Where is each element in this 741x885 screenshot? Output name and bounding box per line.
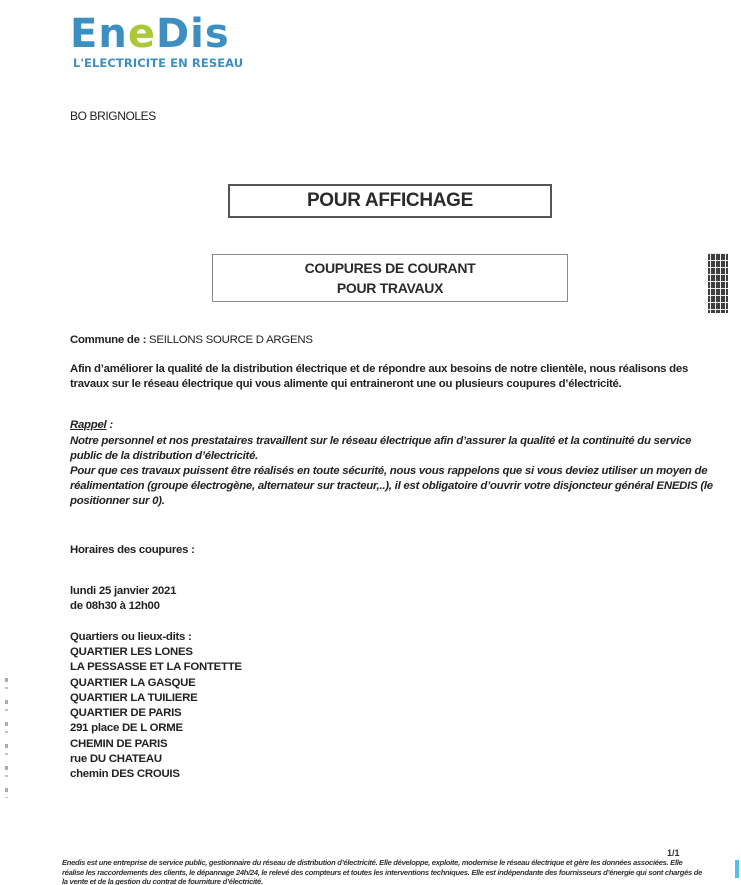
list-item: QUARTIER DE PARIS: [70, 706, 720, 721]
commune-label: Commune de :: [70, 334, 149, 346]
rappel-title: Rappel: [70, 419, 106, 431]
logo-wordmark: EneDis: [70, 14, 230, 54]
rappel-body: Notre personnel et nos prestataires trav…: [70, 434, 715, 509]
logo-part-3: Dis: [156, 11, 230, 57]
subtitle-line-2: POUR TRAVAUX: [337, 278, 443, 298]
list-item: QUARTIER LA TUILIERE: [70, 691, 720, 706]
schedule-time: de 08h30 à 12h00: [70, 599, 720, 614]
scan-edge-mark: [735, 860, 739, 878]
title-label: POUR AFFICHAGE: [307, 190, 473, 212]
list-item: QUARTIER LA GASQUE: [70, 676, 720, 691]
intro-paragraph: Afin d’améliorer la qualité de la distri…: [70, 362, 720, 392]
logo-part-1: En: [70, 11, 128, 57]
page-number: 1/1: [667, 848, 680, 858]
list-item: CHEMIN DE PARIS: [70, 737, 720, 752]
schedule-date: lundi 25 janvier 2021: [70, 584, 720, 599]
logo-part-2: e: [128, 11, 156, 57]
schedule-title: Horaires des coupures :: [70, 543, 720, 558]
rappel-paragraph-1: Notre personnel et nos prestataires trav…: [70, 434, 715, 464]
datamatrix-code-icon: [708, 253, 728, 313]
commune-value: SEILLONS SOURCE D ARGENS: [149, 334, 313, 346]
footer-text: Enedis est une entreprise de service pub…: [62, 858, 702, 885]
rappel-title-suffix: :: [106, 419, 112, 431]
list-item: chemin DES CROUIS: [70, 767, 720, 782]
enedis-logo: EneDis L'ELECTRICITE EN RESEAU: [70, 14, 235, 74]
quartiers-list: QUARTIER LES LONES LA PESSASSE ET LA FON…: [70, 645, 720, 783]
title-box: POUR AFFICHAGE: [228, 184, 552, 218]
rappel-heading: Rappel :: [70, 418, 720, 433]
quartiers-title: Quartiers ou lieux-dits :: [70, 630, 720, 645]
logo-tagline: L'ELECTRICITE EN RESEAU: [73, 56, 243, 70]
list-item: QUARTIER LES LONES: [70, 645, 720, 660]
list-item: LA PESSASSE ET LA FONTETTE: [70, 660, 720, 675]
subtitle-box: COUPURES DE COURANT POUR TRAVAUX: [212, 254, 568, 302]
rappel-paragraph-2: Pour que ces travaux puissent être réali…: [70, 464, 715, 509]
subtitle-line-1: COUPURES DE COURANT: [305, 258, 476, 278]
commune-line: Commune de : SEILLONS SOURCE D ARGENS: [70, 333, 720, 348]
list-item: 291 place DE L ORME: [70, 721, 720, 736]
list-item: rue DU CHATEAU: [70, 752, 720, 767]
scan-margin-marks: [5, 678, 8, 798]
agency-name: BO BRIGNOLES: [70, 109, 156, 123]
